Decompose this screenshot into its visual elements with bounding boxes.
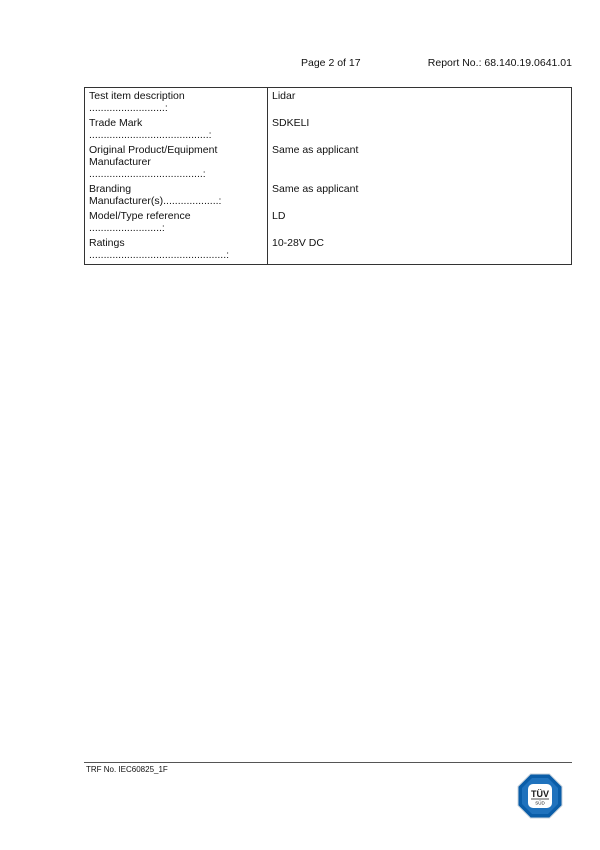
row-label-line2: Manufacturer ...........................…	[89, 156, 263, 180]
row-label: Original Product/Equipment Manufacturer …	[85, 143, 268, 182]
test-item-info-table: Test item description ..................…	[84, 87, 572, 265]
row-value: SDKELI	[268, 116, 572, 143]
table-row: Model/Type reference ...................…	[85, 209, 572, 236]
row-label: Ratings ................................…	[85, 236, 268, 265]
trf-number: TRF No. IEC60825_1F	[86, 765, 168, 774]
row-value: Lidar	[268, 88, 572, 117]
row-value: 10-28V DC	[268, 236, 572, 265]
page-number: Page 2 of 17	[301, 57, 361, 69]
svg-text:TÜV: TÜV	[531, 789, 549, 799]
table-row: Original Product/Equipment Manufacturer …	[85, 143, 572, 182]
row-label: Trade Mark .............................…	[85, 116, 268, 143]
page-header: Page 2 of 17 Report No.: 68.140.19.0641.…	[0, 57, 600, 71]
table-row: Test item description ..................…	[85, 88, 572, 117]
row-value: LD	[268, 209, 572, 236]
row-label: Test item description ..................…	[85, 88, 268, 117]
table-row: Ratings ................................…	[85, 236, 572, 265]
row-label: Branding Manufacturer(s)................…	[85, 182, 268, 209]
report-number: Report No.: 68.140.19.0641.01	[428, 57, 572, 69]
row-label: Model/Type reference ...................…	[85, 209, 268, 236]
table-row: Branding Manufacturer(s)................…	[85, 182, 572, 209]
row-value: Same as applicant	[268, 143, 572, 182]
table-row: Trade Mark .............................…	[85, 116, 572, 143]
tuv-sud-logo-icon: TÜV SÜD	[517, 773, 563, 819]
svg-text:SÜD: SÜD	[535, 800, 545, 806]
footer-divider	[84, 762, 572, 763]
row-label-line1: Original Product/Equipment	[89, 144, 263, 156]
row-value: Same as applicant	[268, 182, 572, 209]
